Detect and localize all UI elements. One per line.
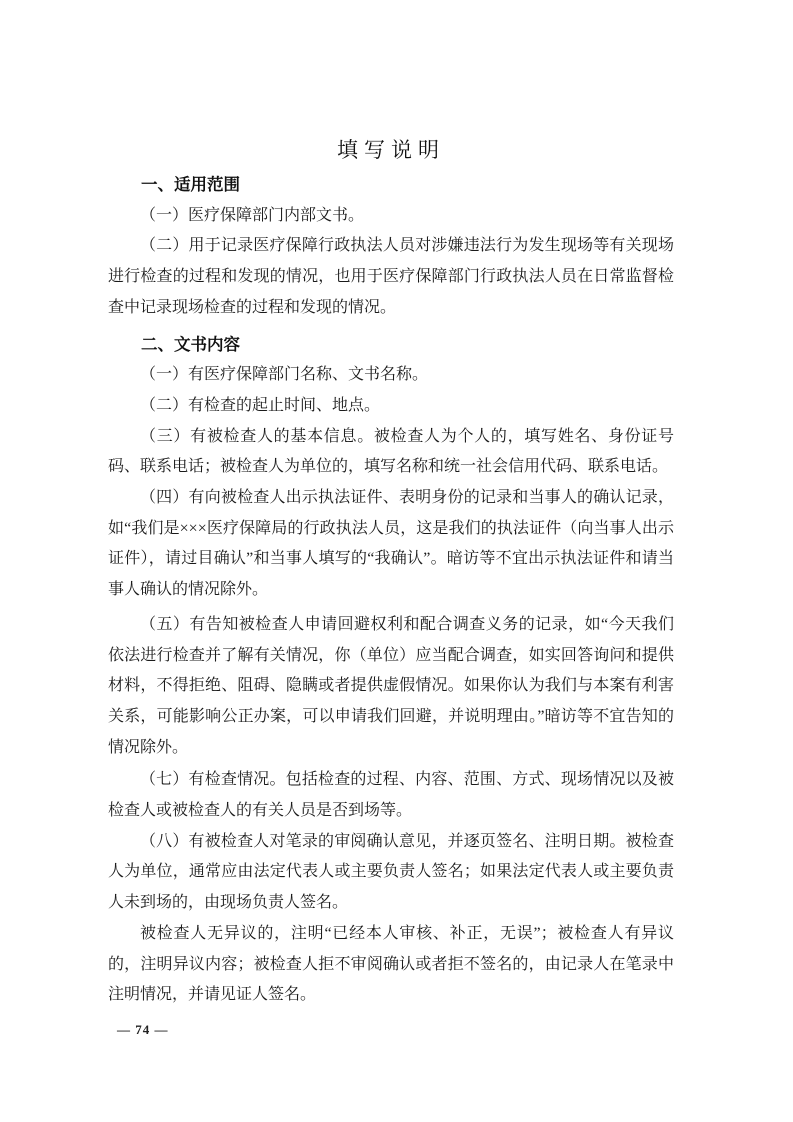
paragraph: （三）有被检查人的基本信息。被检查人为个人的，填写姓名、身份证号码、联系电话；被… [108,422,674,483]
document-content: 填写说明 一、适用范围 （一）医疗保障部门内部文书。 （二）用于记录医疗保障行政… [108,136,674,1011]
section-heading: 二、文书内容 [108,330,674,361]
page-title: 填写说明 [108,136,674,164]
section-document-contents: 二、文书内容 （一）有医疗保障部门名称、文书名称。 （二）有检查的起止时间、地点… [108,330,674,1011]
paragraph: （一）有医疗保障部门名称、文书名称。 [108,360,674,391]
paragraph: 被检查人无异议的，注明“已经本人审核、补正，无误”；被检查人有异议的，注明异议内… [108,919,674,1011]
paragraph: （五）有告知被检查人申请回避权利和配合调查义务的记录，如“今天我们依法进行检查并… [108,610,674,764]
paragraph: （二）用于记录医疗保障行政执法人员对涉嫌违法行为发生现场等有关现场进行检查的过程… [108,231,674,323]
section-applicable-scope: 一、适用范围 （一）医疗保障部门内部文书。 （二）用于记录医疗保障行政执法人员对… [108,170,674,324]
paragraph: （四）有向被检查人出示执法证件、表明身份的记录和当事人的确认记录，如“我们是××… [108,483,674,606]
paragraph: （二）有检查的起止时间、地点。 [108,391,674,422]
section-heading: 一、适用范围 [108,170,674,201]
paragraph: （一）医疗保障部门内部文书。 [108,201,674,232]
page-number: — 74 — [117,1022,169,1038]
paragraph: （七）有检查情况。包括检查的过程、内容、范围、方式、现场情况以及被检查人或被检查… [108,765,674,826]
paragraph: （八）有被检查人对笔录的审阅确认意见，并逐页签名、注明日期。被检查人为单位，通常… [108,827,674,919]
document-page: 填写说明 一、适用范围 （一）医疗保障部门内部文书。 （二）用于记录医疗保障行政… [0,0,793,1122]
